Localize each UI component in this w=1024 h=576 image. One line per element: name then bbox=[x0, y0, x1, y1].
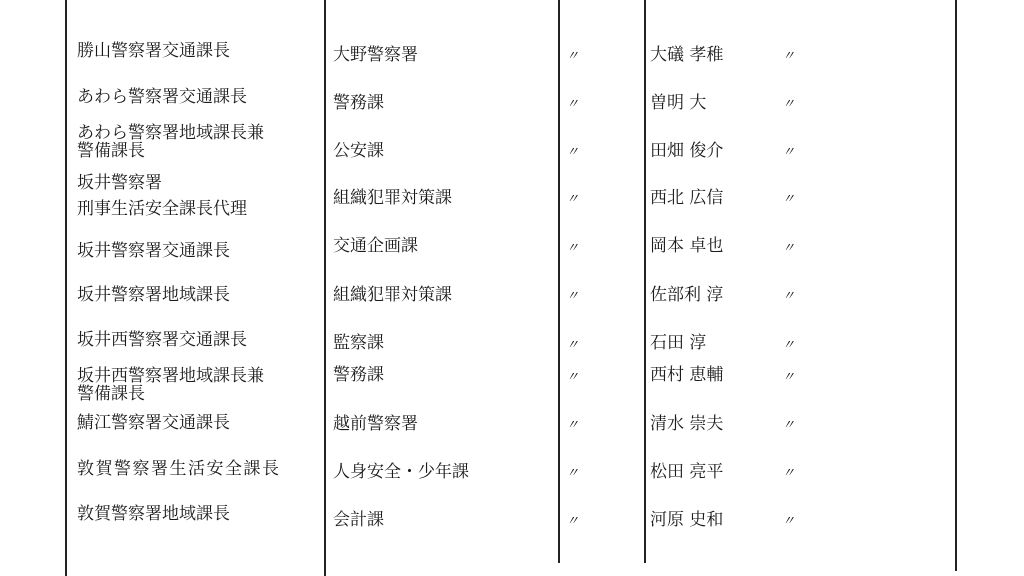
rank: 〃 bbox=[566, 47, 578, 66]
rank2: 〃 bbox=[782, 512, 794, 531]
rank2: 〃 bbox=[782, 464, 794, 483]
former-position: 敦賀警察署地域課長 bbox=[77, 505, 230, 524]
rank2: 〃 bbox=[782, 336, 794, 355]
former-position: あわら警察署交通課長 bbox=[77, 88, 247, 107]
rank2: 〃 bbox=[782, 190, 794, 209]
person-name: 石田 淳 bbox=[650, 334, 706, 353]
new-department: 会計課 bbox=[333, 511, 384, 530]
person-name: 岡本 卓也 bbox=[650, 237, 723, 256]
rank: 〃 bbox=[566, 464, 578, 483]
former-position: 坂井警察署地域課長 bbox=[77, 286, 230, 305]
new-department: 交通企画課 bbox=[333, 237, 418, 256]
new-department: 大野警察署 bbox=[333, 46, 418, 65]
rank: 〃 bbox=[566, 287, 578, 306]
former-position: 坂井警察署交通課長 bbox=[77, 242, 230, 261]
rank2: 〃 bbox=[782, 287, 794, 306]
rank: 〃 bbox=[566, 143, 578, 162]
person-name: 西村 恵輔 bbox=[650, 366, 723, 385]
rank2: 〃 bbox=[782, 416, 794, 435]
rank: 〃 bbox=[566, 95, 578, 114]
table-border-left bbox=[65, 0, 67, 576]
person-name: 大礒 孝稚 bbox=[650, 46, 723, 65]
new-department: 警務課 bbox=[333, 366, 384, 385]
rank2: 〃 bbox=[782, 368, 794, 387]
rank2: 〃 bbox=[782, 95, 794, 114]
new-department: 人身安全・少年課 bbox=[333, 463, 469, 482]
new-department: 組織犯罪対策課 bbox=[333, 286, 452, 305]
table-border-right bbox=[955, 0, 957, 571]
rank2: 〃 bbox=[782, 143, 794, 162]
rank: 〃 bbox=[566, 190, 578, 209]
former-position: 坂井警察署 刑事生活安全課長代理 bbox=[77, 170, 247, 222]
former-position: 勝山警察署交通課長 bbox=[77, 42, 230, 61]
rank: 〃 bbox=[566, 368, 578, 387]
rank: 〃 bbox=[566, 239, 578, 258]
former-position: 坂井西警察署交通課長 bbox=[77, 331, 247, 350]
former-position: あわら警察署地域課長兼 警備課長 bbox=[77, 124, 264, 160]
rank2: 〃 bbox=[782, 239, 794, 258]
new-department: 公安課 bbox=[333, 142, 384, 161]
person-name: 河原 史和 bbox=[650, 511, 723, 530]
new-department: 警務課 bbox=[333, 94, 384, 113]
person-name: 田畑 俊介 bbox=[650, 142, 723, 161]
rank: 〃 bbox=[566, 416, 578, 435]
person-name: 西北 広信 bbox=[650, 189, 723, 208]
former-position: 敦賀警察署生活安全課長 bbox=[77, 460, 281, 479]
person-name: 佐部利 淳 bbox=[650, 286, 723, 305]
former-position: 坂井西警察署地域課長兼 警備課長 bbox=[77, 367, 264, 403]
rank: 〃 bbox=[566, 336, 578, 355]
new-department: 越前警察署 bbox=[333, 415, 418, 434]
person-name: 清水 崇夫 bbox=[650, 415, 723, 434]
new-department: 監察課 bbox=[333, 334, 384, 353]
rank: 〃 bbox=[566, 512, 578, 531]
column-divider-2 bbox=[558, 0, 560, 563]
new-department: 組織犯罪対策課 bbox=[333, 189, 452, 208]
rank2: 〃 bbox=[782, 47, 794, 66]
column-divider-3 bbox=[644, 0, 646, 563]
person-name: 松田 亮平 bbox=[650, 463, 723, 482]
person-name: 曽明 大 bbox=[650, 94, 706, 113]
former-position: 鯖江警察署交通課長 bbox=[77, 414, 230, 433]
column-divider-1 bbox=[324, 0, 326, 576]
